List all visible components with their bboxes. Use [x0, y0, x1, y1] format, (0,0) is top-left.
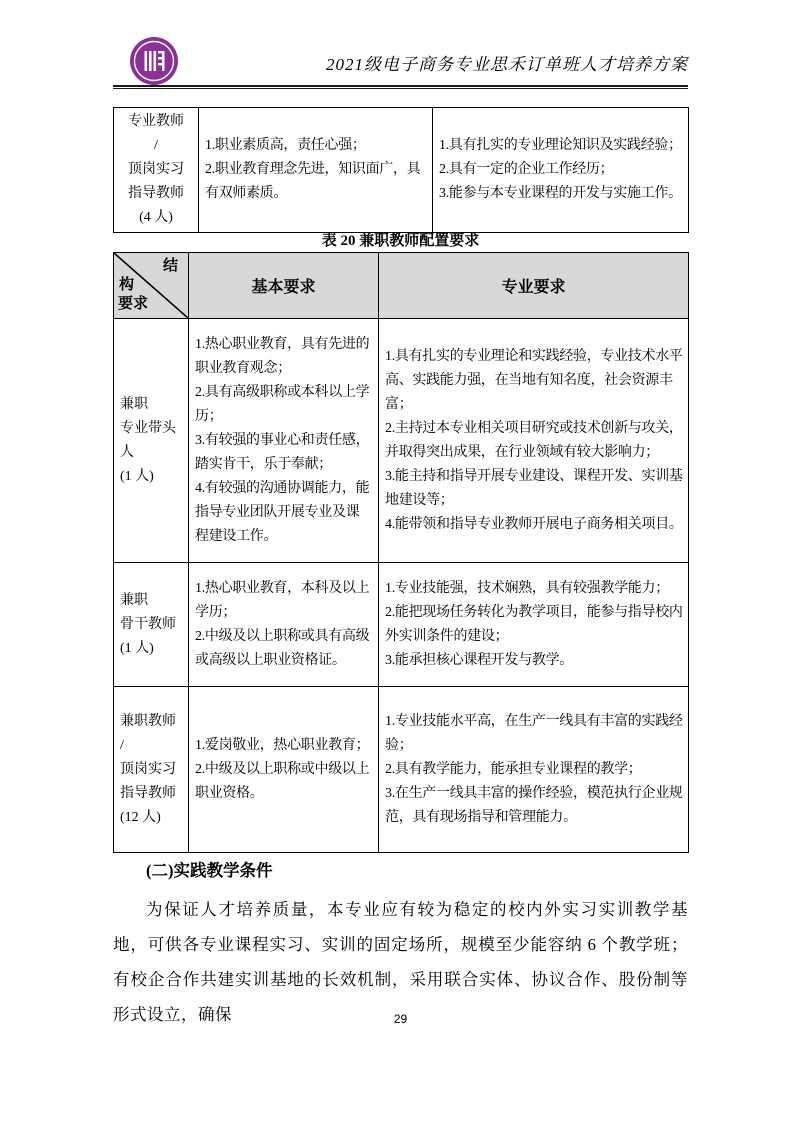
col-header-basic: 基本要求	[189, 253, 379, 319]
body-paragraph: 为保证人才培养质量，本专业应有较为稳定的校内外实习实训教学基地，可供各专业课程实…	[113, 892, 688, 1032]
basic-req-cell: 1.热心职业教育，本科及以上学历； 2.中级及以上职称或具有高级或高级以上职业资…	[189, 563, 379, 687]
diagonal-header-cell: 结 构 要求	[114, 253, 189, 319]
role-cell: 兼职 骨干教师 (1 人)	[114, 563, 189, 687]
professional-req-cell: 1.专业技能强，技术娴熟，具有较强教学能力； 2.能把现场任务转化为教学项目，能…	[379, 563, 689, 687]
col-header-professional: 专业要求	[379, 253, 689, 319]
role-cell: 兼职 专业带头 人 (1 人)	[114, 319, 189, 563]
corner-word-3: 要求	[118, 297, 148, 312]
table-row: 兼职教师 / 顶岗实习 指导教师 (12 人) 1.爱岗敬业，热心职业教育； 2…	[114, 687, 689, 853]
page-number: 29	[113, 1012, 688, 1026]
basic-req-cell: 1.热心职业教育，具有先进的职业教育观念； 2.具有高级职称或本科以上学历； 3…	[189, 319, 379, 563]
page-header: 2021级电子商务专业思禾订单班人才培养方案	[113, 0, 688, 107]
document-page: 2021级电子商务专业思禾订单班人才培养方案 专业教师 / 顶岗实习 指导教师 …	[0, 0, 793, 1122]
role-cell: 兼职教师 / 顶岗实习 指导教师 (12 人)	[114, 687, 189, 853]
table-caption: 表 20 兼职教师配置要求	[113, 230, 688, 252]
professional-req-cell: 1.具有扎实的专业理论和实践经验，专业技术水平高、实践能力强，在当地有知名度，社…	[379, 319, 689, 563]
college-seal-icon	[129, 36, 179, 86]
professional-req-cell: 1.专业技能水平高，在生产一线具有丰富的实践经验； 2.具有教学能力，能承担专业…	[379, 687, 689, 853]
table-row: 专业教师 / 顶岗实习 指导教师 (4 人) 1.职业素质高，责任心强； 2.职…	[114, 108, 689, 233]
basic-req-cell: 1.爱岗敬业，热心职业教育； 2.中级及以上职称或中级以上职业资格。	[189, 687, 379, 853]
corner-word-1: 结	[163, 259, 178, 274]
document-title: 2021级电子商务专业思禾订单班人才培养方案	[326, 50, 688, 75]
fulltime-teacher-table: 专业教师 / 顶岗实习 指导教师 (4 人) 1.职业素质高，责任心强； 2.职…	[113, 107, 689, 233]
professional-req-cell: 1.具有扎实的专业理论知识及实践经验； 2.具有一定的企业工作经历； 3.能参与…	[433, 108, 689, 233]
role-cell: 专业教师 / 顶岗实习 指导教师 (4 人)	[114, 108, 199, 233]
parttime-teacher-table: 结 构 要求 基本要求 专业要求 兼职 专业带头 人 (1 人) 1.热心职业教…	[113, 252, 689, 853]
corner-word-2: 构	[119, 278, 134, 293]
section-heading: (二)实践教学条件	[113, 859, 688, 883]
header-divider	[113, 85, 688, 89]
table-row: 兼职 骨干教师 (1 人) 1.热心职业教育，本科及以上学历； 2.中级及以上职…	[114, 563, 689, 687]
basic-req-cell: 1.职业素质高，责任心强； 2.职业教育理念先进，知识面广，具有双师素质。	[199, 108, 433, 233]
table-header-row: 结 构 要求 基本要求 专业要求	[114, 253, 689, 319]
table-row: 兼职 专业带头 人 (1 人) 1.热心职业教育，具有先进的职业教育观念； 2.…	[114, 319, 689, 563]
